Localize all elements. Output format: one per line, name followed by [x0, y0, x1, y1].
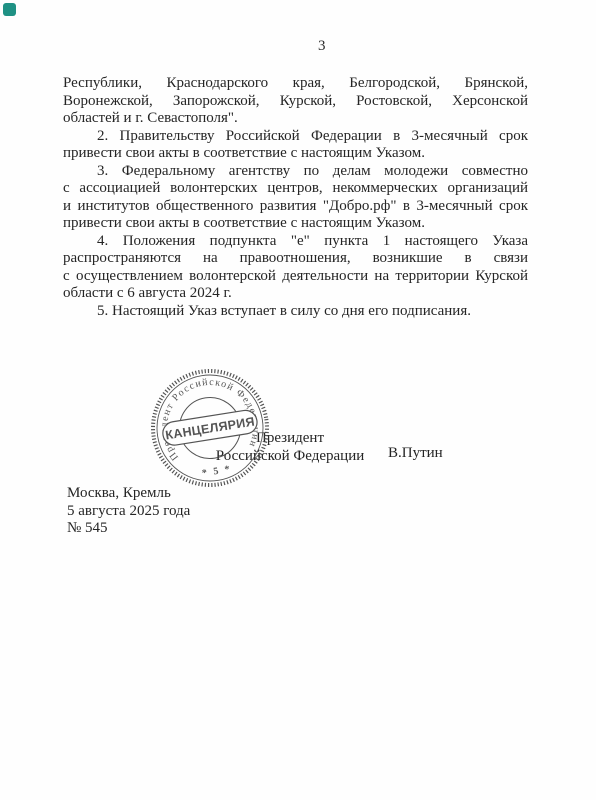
paragraph-line: области с 6 августа 2024 г. — [63, 285, 528, 303]
paragraph-line: привести свои акты в соответствие с наст… — [63, 215, 528, 233]
paragraph-line: 2. Правительству Российской Федерации в … — [63, 128, 528, 146]
paragraph-line: распространяются на правоотношения, возн… — [63, 250, 528, 268]
paragraph-line: 3. Федеральному агентству по делам молод… — [63, 163, 528, 181]
corner-badge — [3, 3, 16, 16]
footer-block: Москва, Кремль 5 августа 2025 года № 545 — [67, 485, 190, 538]
document-body: Республики, Краснодарского края, Белгоро… — [63, 75, 528, 320]
footer-number: № 545 — [67, 520, 190, 538]
paragraph-line: 5. Настоящий Указ вступает в силу со дня… — [63, 303, 528, 321]
footer-date: 5 августа 2025 года — [67, 503, 190, 521]
paragraph-line: Воронежской, Запорожской, Курской, Росто… — [63, 93, 528, 111]
paragraph-line: с ассоциацией волонтерских центров, неко… — [63, 180, 528, 198]
footer-place: Москва, Кремль — [67, 485, 190, 503]
paragraph-line: Республики, Краснодарского края, Белгоро… — [63, 75, 528, 93]
stamp-bottom-text: * 5 * — [201, 464, 232, 480]
page-number: 3 — [318, 38, 326, 55]
paragraph-line: с осуществлением волонтерской деятельнос… — [63, 268, 528, 286]
paragraph-line: областей и г. Севастополя". — [63, 110, 528, 128]
paragraph-line: привести свои акты в соответствие с наст… — [63, 145, 528, 163]
paragraph-line: 4. Положения подпункта "е" пункта 1 наст… — [63, 233, 528, 251]
paragraph-line: и институтов общественного развития "Доб… — [63, 198, 528, 216]
document-page: 3 Республики, Краснодарского края, Белго… — [0, 0, 596, 800]
signature-name: В.Путин — [388, 445, 443, 463]
